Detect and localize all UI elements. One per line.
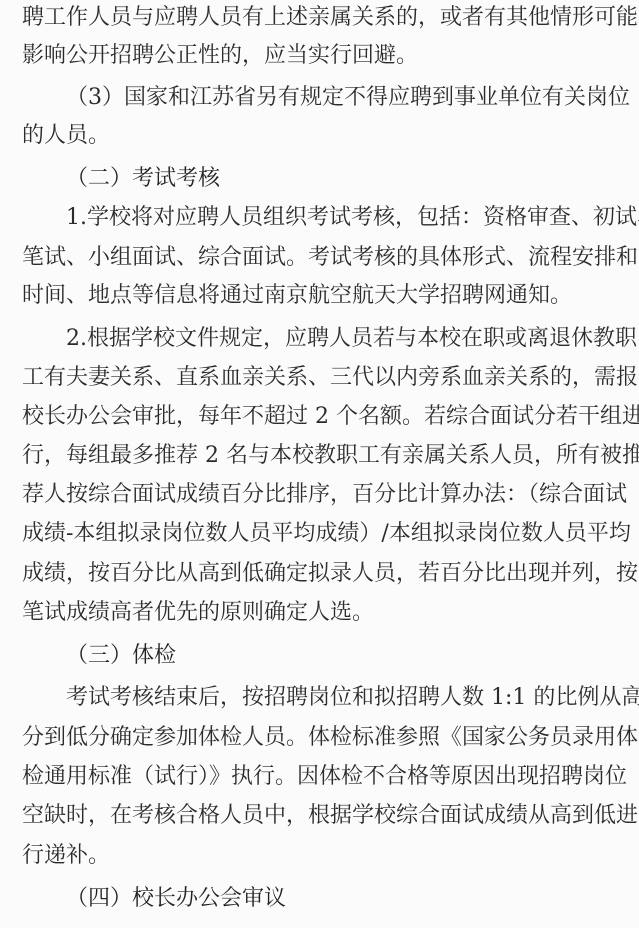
- text-line: 影响公开招聘公正性的，应当实行回避。: [22, 41, 618, 71]
- text-line: 笔试成绩高者优先的原则确定人选。: [22, 598, 618, 628]
- document-page: 聘工作人员与应聘人员有上述亲属关系的，或者有其他情形可能 影响公开招聘公正性的，…: [0, 0, 639, 928]
- text-line: 的人员。: [22, 121, 618, 151]
- text-line: （3）国家和江苏省另有规定不得应聘到事业单位有关岗位: [66, 83, 618, 113]
- text-line: 1.学校将对应聘人员组织考试考核，包括：资格审查、初试、: [66, 203, 618, 233]
- text-line: 聘工作人员与应聘人员有上述亲属关系的，或者有其他情形可能: [22, 3, 618, 33]
- text-line: 检通用标准（试行）》执行。因体检不合格等原因出现招聘岗位: [22, 762, 618, 792]
- text-line: 2.根据学校文件规定，应聘人员若与本校在职或离退休教职: [66, 324, 618, 354]
- text-line: 笔试、小组面试、综合面试。考试考核的具体形式、流程安排和: [22, 243, 618, 273]
- text-line: 成绩，按百分比从高到低确定拟录人员，若百分比出现并列，按: [22, 559, 618, 589]
- text-line: 成绩-本组拟录岗位数人员平均成绩）/本组拟录岗位数人员平均: [22, 519, 618, 549]
- section-heading: （四）校长办公会审议: [66, 884, 286, 914]
- text-line: 行递补。: [22, 841, 618, 871]
- text-line: 考试考核结束后，按招聘岗位和拟招聘人数 1:1 的比例从高: [66, 683, 618, 713]
- section-heading: （三）体检: [66, 641, 176, 671]
- text-line: 时间、地点等信息将通过南京航空航天大学招聘网通知。: [22, 281, 618, 311]
- text-line: 校长办公会审批，每年不超过 2 个名额。若综合面试分若干组进: [22, 402, 618, 432]
- text-line: 工有夫妻关系、直系血亲关系、三代以内旁系血亲关系的，需报: [22, 363, 618, 393]
- text-line: 荐人按综合面试成绩百分比排序，百分比计算办法：（综合面试: [22, 480, 618, 510]
- text-line: 空缺时，在考核合格人员中，根据学校综合面试成绩从高到低进: [22, 801, 618, 831]
- text-line: 分到低分确定参加体检人员。体检标准参照《国家公务员录用体: [22, 723, 618, 753]
- text-line: 行，每组最多推荐 2 名与本校教职工有亲属关系人员，所有被推: [22, 441, 618, 471]
- section-heading: （二）考试考核: [66, 164, 220, 194]
